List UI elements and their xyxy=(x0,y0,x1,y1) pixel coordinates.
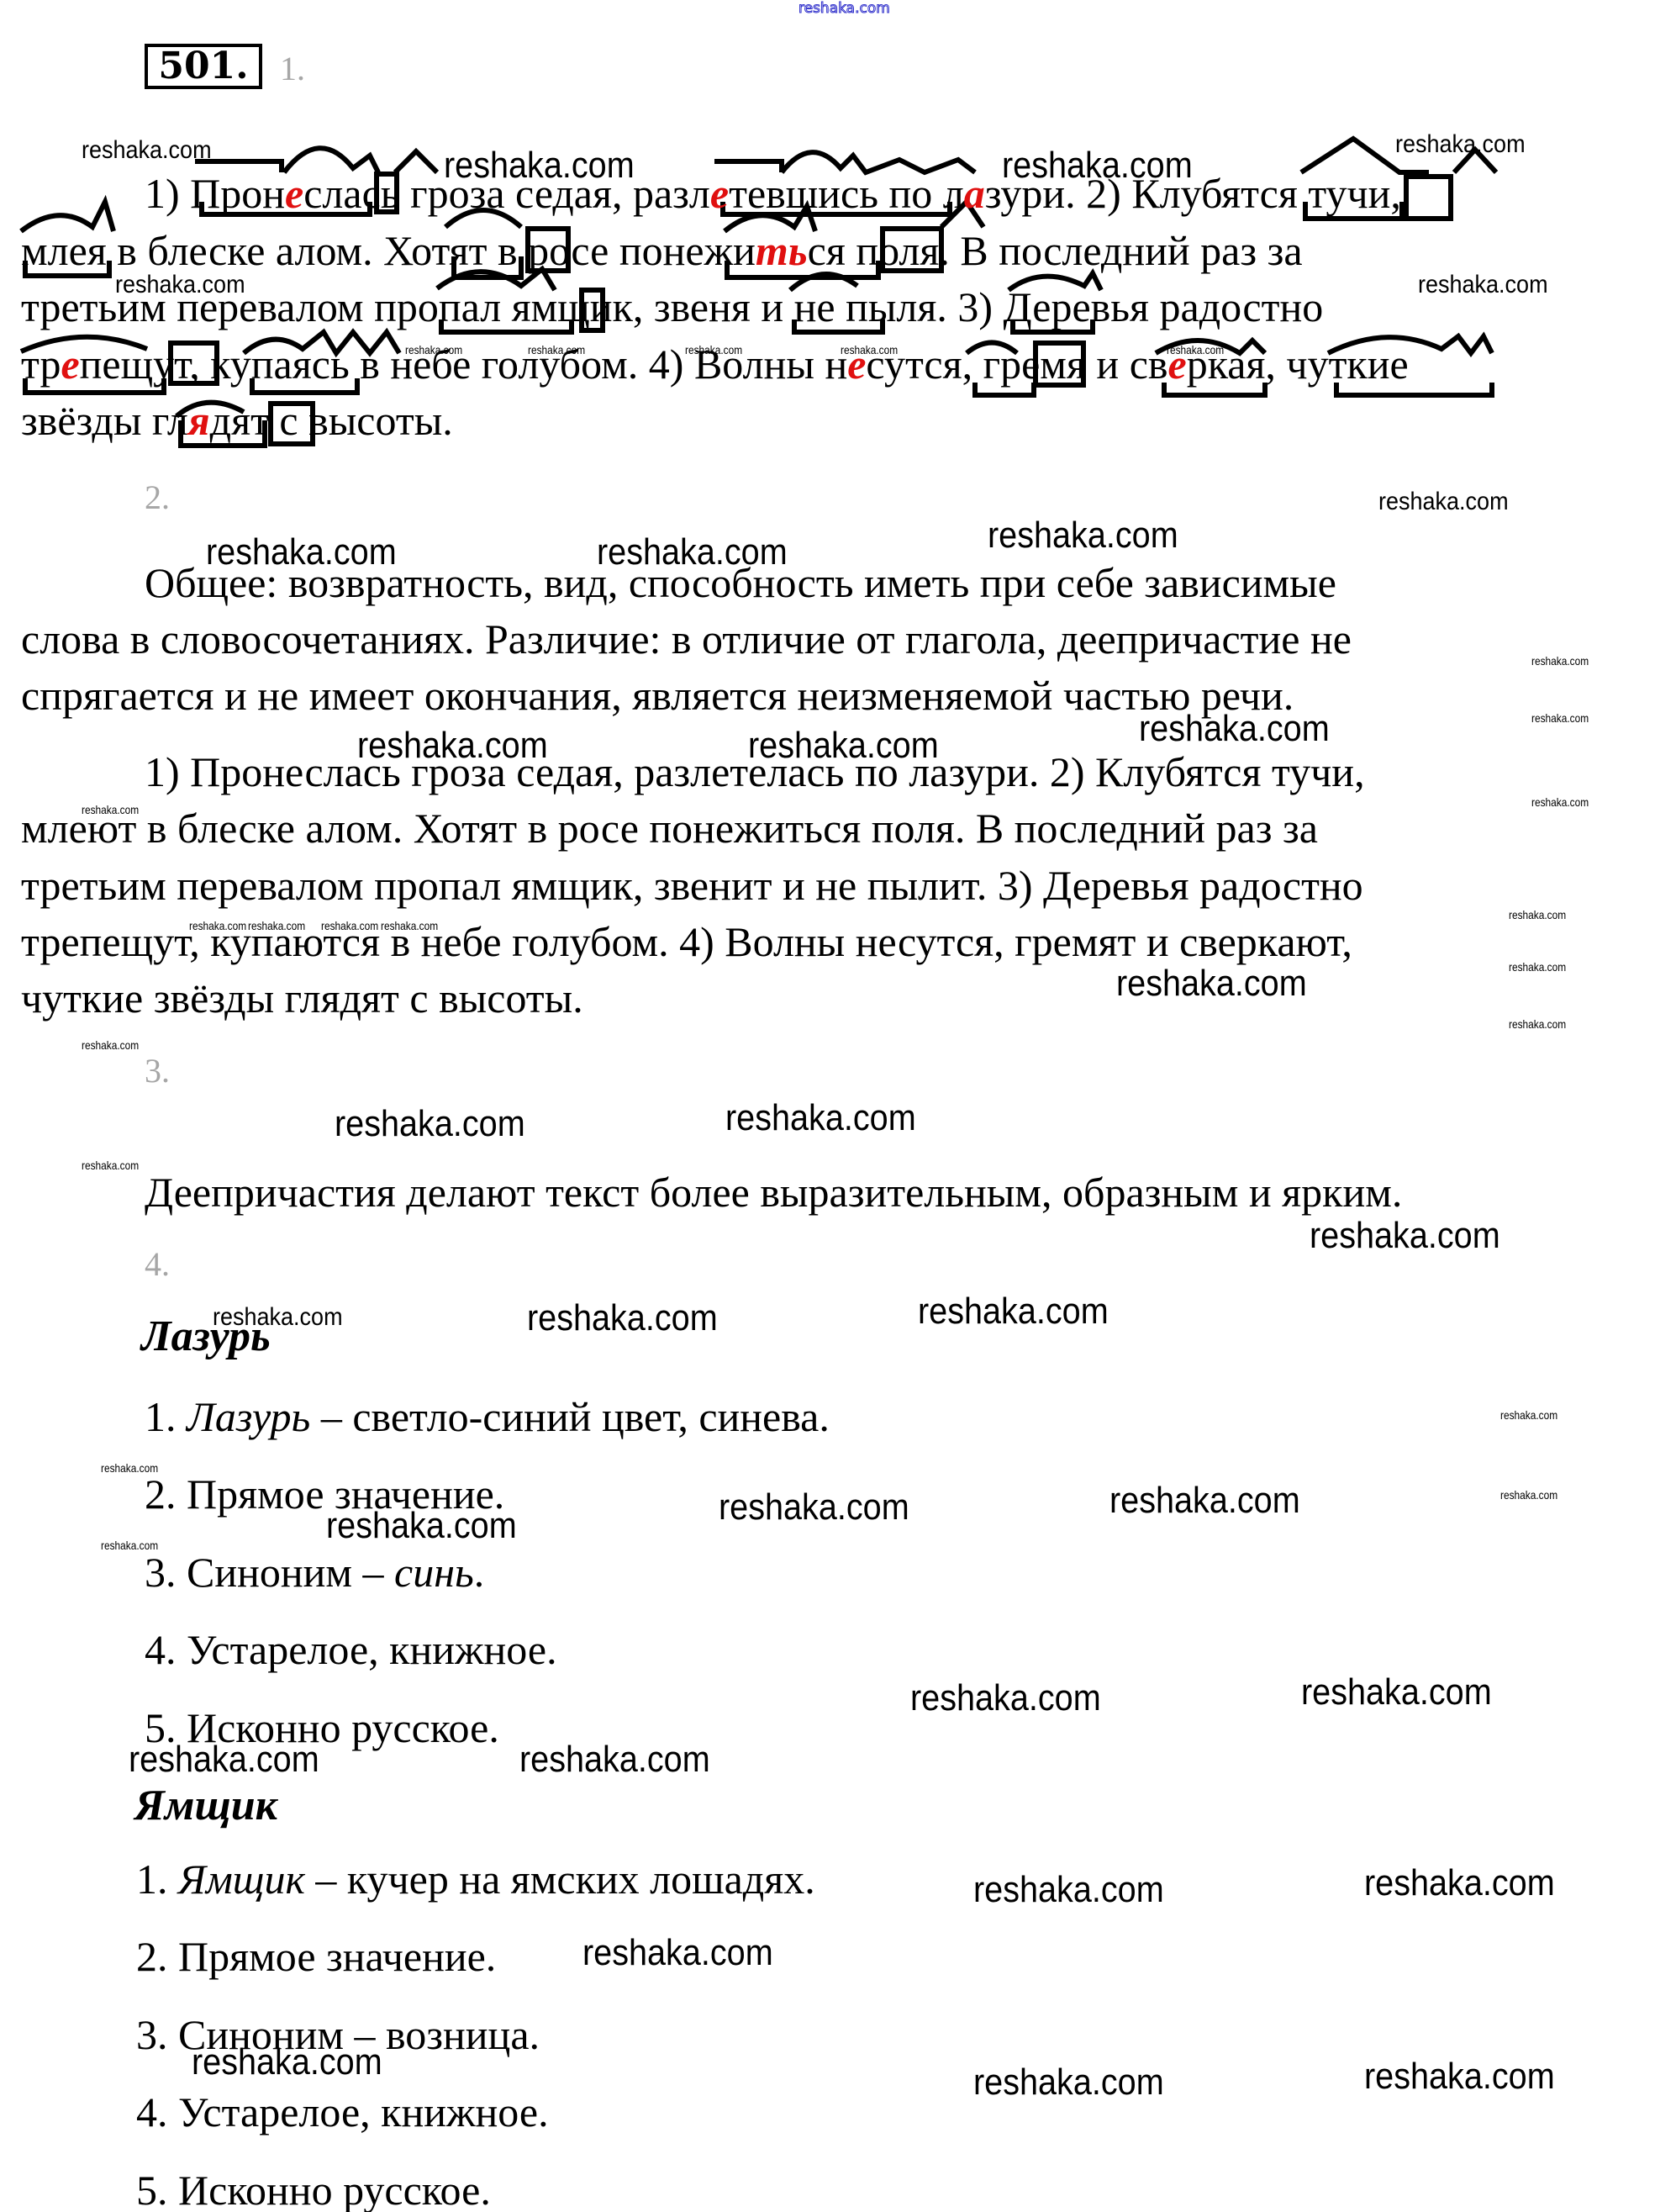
watermark: reshaka.com xyxy=(1301,1671,1492,1713)
watermark: reshaka.com xyxy=(841,343,898,356)
watermark: reshaka.com xyxy=(189,919,246,932)
part2-line-2: слова в словосочетаниях. Различие: в отл… xyxy=(21,618,1352,660)
part1-line-2: млея в блеске алом. Хотят в росе понежит… xyxy=(21,230,1303,272)
part2-line-3: спрягается и не имеет окончания, являетс… xyxy=(21,674,1294,716)
watermark: reshaka.com xyxy=(1395,130,1526,159)
yamshchik-item-4: 4. Устарелое, книжное. xyxy=(136,2091,549,2133)
watermark: reshaka.com xyxy=(1509,1017,1566,1031)
site-watermark-top: reshaka.com xyxy=(798,0,890,17)
watermark: reshaka.com xyxy=(1531,795,1589,809)
part1-line-1: 1) Пронеслась гроза седая, разлетевшись … xyxy=(145,172,1401,214)
watermark: reshaka.com xyxy=(988,515,1178,557)
watermark: reshaka.com xyxy=(82,136,212,165)
watermark: reshaka.com xyxy=(528,343,585,356)
watermark: reshaka.com xyxy=(129,1739,319,1781)
watermark: reshaka.com xyxy=(213,1303,343,1332)
watermark: reshaka.com xyxy=(719,1486,909,1528)
watermark: reshaka.com xyxy=(1139,708,1330,750)
entry-heading-yamshchik: Ямщик xyxy=(134,1781,277,1830)
watermark: reshaka.com xyxy=(82,1159,139,1172)
yamshchik-item-1: 1. Ямщик – кучер на ямских лошадях. xyxy=(136,1858,815,1900)
task-number-box: 501. xyxy=(145,44,262,89)
watermark: reshaka.com xyxy=(405,343,462,356)
watermark: reshaka.com xyxy=(973,1869,1164,1911)
watermark: reshaka.com xyxy=(206,531,397,573)
yamshchik-item-2: 2. Прямое значение. xyxy=(136,1935,496,1977)
watermark: reshaka.com xyxy=(1531,654,1589,668)
part-number-1: 1. xyxy=(280,49,305,88)
watermark: reshaka.com xyxy=(82,803,139,816)
part2-line-8: чуткие звёзды глядят с высоты. xyxy=(21,977,583,1019)
watermark: reshaka.com xyxy=(582,1932,773,1974)
watermark: reshaka.com xyxy=(192,2041,382,2083)
watermark: reshaka.com xyxy=(101,1539,158,1552)
watermark: reshaka.com xyxy=(685,343,742,356)
watermark: reshaka.com xyxy=(115,271,245,299)
watermark: reshaka.com xyxy=(1509,908,1566,921)
watermark: reshaka.com xyxy=(1002,145,1193,187)
watermark: reshaka.com xyxy=(1109,1480,1300,1522)
watermark: reshaka.com xyxy=(381,919,438,932)
watermark: reshaka.com xyxy=(357,725,548,767)
watermark: reshaka.com xyxy=(82,1038,139,1052)
watermark: reshaka.com xyxy=(248,919,305,932)
watermark: reshaka.com xyxy=(1531,711,1589,725)
watermark: reshaka.com xyxy=(101,1461,158,1475)
watermark: reshaka.com xyxy=(519,1739,710,1781)
watermark: reshaka.com xyxy=(321,919,378,932)
lazur-item-1: 1. Лазурь – светло-синий цвет, синева. xyxy=(145,1396,830,1438)
watermark: reshaka.com xyxy=(1167,343,1224,356)
yamshchik-item-5: 5. Исконно русское. xyxy=(136,2169,491,2211)
watermark: reshaka.com xyxy=(527,1297,718,1339)
lazur-item-4: 4. Устарелое, книжное. xyxy=(145,1629,557,1671)
watermark: reshaka.com xyxy=(326,1505,517,1547)
watermark: reshaka.com xyxy=(1310,1215,1500,1257)
watermark: reshaka.com xyxy=(973,2062,1164,2104)
watermark: reshaka.com xyxy=(1364,2056,1555,2098)
part1-line-5: звёзды глядят с высоты. xyxy=(21,399,453,441)
lazur-item-3: 3. Синоним – синь. xyxy=(145,1551,484,1593)
part2-line-6: третьим перевалом пропал ямщик, звенит и… xyxy=(21,864,1363,906)
part-number-2: 2. xyxy=(145,478,170,517)
part2-line-5: млеют в блеске алом. Хотят в росе понежи… xyxy=(21,807,1318,849)
part3-text: Деепричастия делают текст более выразите… xyxy=(145,1171,1402,1213)
watermark: reshaka.com xyxy=(335,1103,525,1145)
watermark: reshaka.com xyxy=(918,1291,1109,1333)
watermark: reshaka.com xyxy=(1509,960,1566,974)
watermark: reshaka.com xyxy=(1418,271,1548,299)
watermark: reshaka.com xyxy=(748,725,939,767)
watermark: reshaka.com xyxy=(1364,1862,1555,1904)
watermark: reshaka.com xyxy=(597,531,788,573)
watermark: reshaka.com xyxy=(1378,488,1509,516)
part-number-3: 3. xyxy=(145,1051,170,1090)
watermark: reshaka.com xyxy=(1500,1408,1557,1422)
watermark: reshaka.com xyxy=(725,1097,916,1139)
part-number-4: 4. xyxy=(145,1244,170,1284)
watermark: reshaka.com xyxy=(1116,963,1307,1005)
watermark: reshaka.com xyxy=(910,1677,1101,1719)
watermark: reshaka.com xyxy=(444,145,635,187)
watermark: reshaka.com xyxy=(1500,1488,1557,1502)
